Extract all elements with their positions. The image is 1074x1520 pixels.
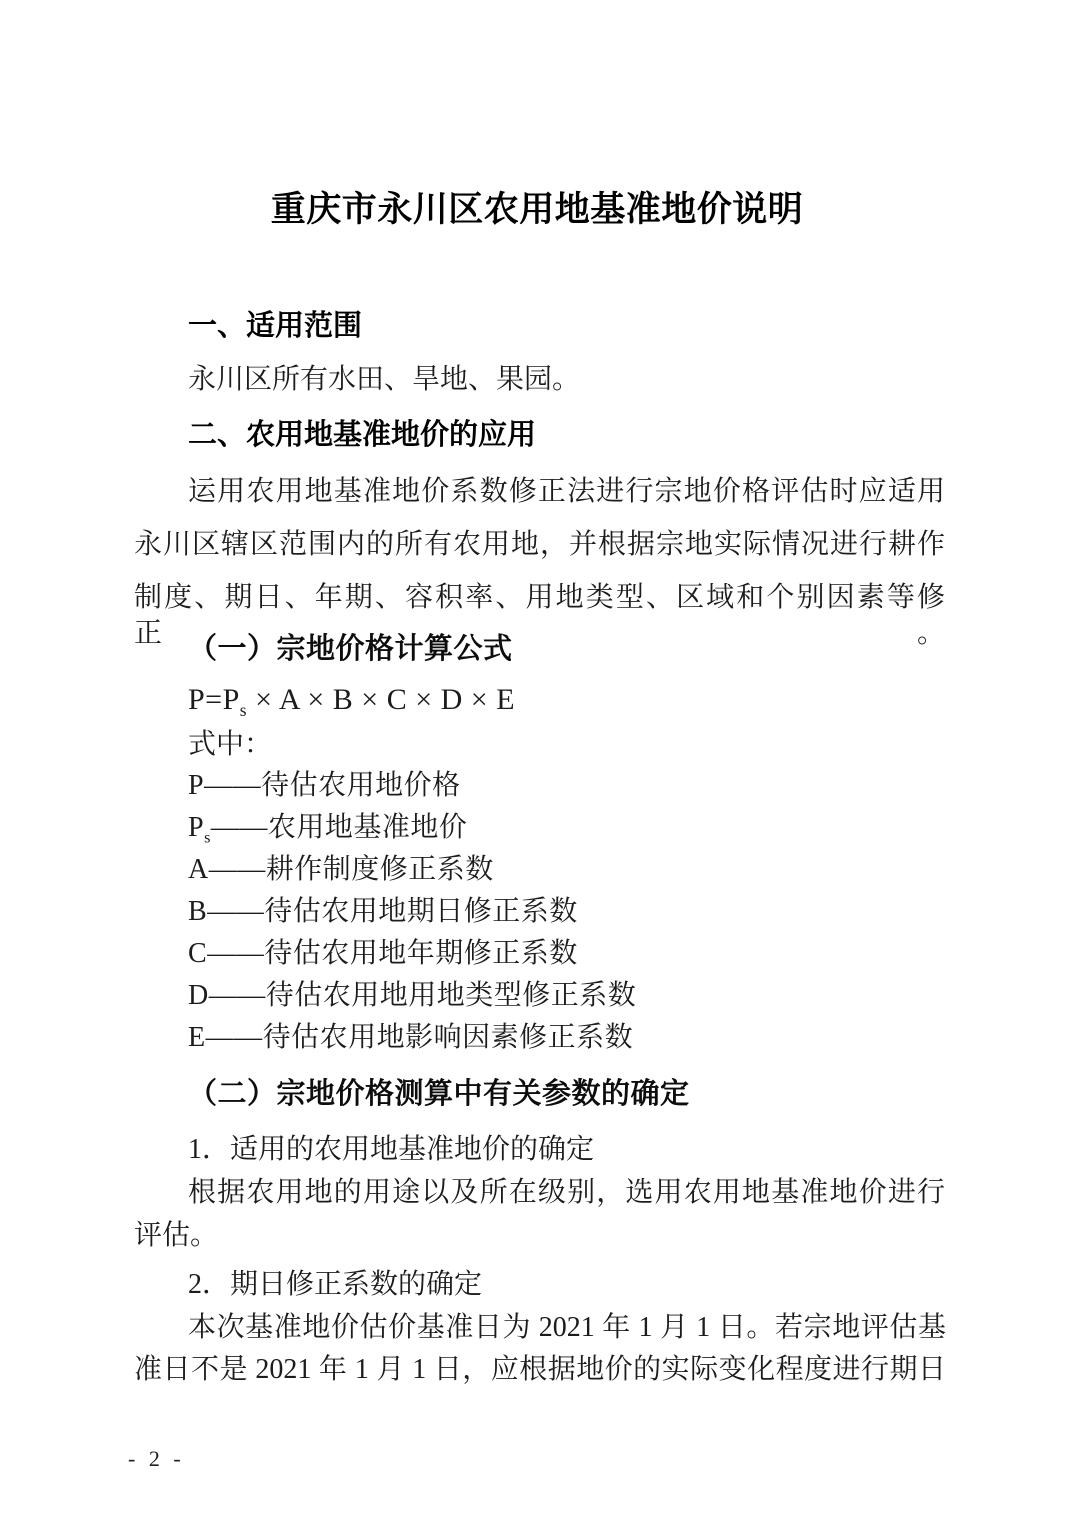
formula-where-label: 式中： bbox=[188, 727, 946, 763]
definition-symbol: C bbox=[188, 938, 207, 969]
definition-symbol: B bbox=[188, 896, 207, 927]
definition-description: 待估农用地期日修正系数 bbox=[264, 896, 578, 927]
subsection-2-heading: （二）宗地价格测算中有关参数的确定 bbox=[188, 1076, 946, 1112]
definition-description: 耕作制度修正系数 bbox=[266, 854, 494, 885]
formula-definition-C: C——待估农用地年期修正系数 bbox=[188, 936, 946, 972]
section-1-heading: 一、适用范围 bbox=[188, 308, 946, 344]
formula-definition-B: B——待估农用地期日修正系数 bbox=[188, 894, 946, 930]
definition-dash: —— bbox=[209, 854, 266, 885]
page-number: - 2 - bbox=[128, 1441, 185, 1477]
formula-rhs: × A × B × C × D × E bbox=[247, 683, 515, 716]
item-1-heading: 1．适用的农用地基准地价的确定 bbox=[188, 1132, 946, 1168]
definition-symbol: A bbox=[188, 854, 209, 885]
definition-description: 待估农用地影响因素修正系数 bbox=[263, 1022, 634, 1053]
formula-definition-Ps: Ps——农用地基准地价 bbox=[188, 810, 946, 846]
item-1-body-line-1: 根据农用地的用途以及所在级别，选用农用地基准地价进行 bbox=[188, 1175, 946, 1211]
definition-dash: —— bbox=[209, 980, 266, 1011]
formula-definition-E: E——待估农用地影响因素修正系数 bbox=[188, 1020, 946, 1056]
definition-symbol: P bbox=[188, 812, 204, 843]
definition-dash: —— bbox=[207, 938, 264, 969]
item-2-body-line-2: 准日不是 2021 年 1 月 1 日，应根据地价的实际变化程度进行期日 bbox=[134, 1352, 946, 1388]
definition-description: 待估农用地价格 bbox=[261, 770, 461, 801]
subsection-1-heading: （一）宗地价格计算公式 bbox=[188, 631, 946, 667]
definition-dash: —— bbox=[211, 812, 268, 843]
item-1-body-line-2: 评估。 bbox=[134, 1218, 946, 1254]
definition-dash: —— bbox=[207, 896, 264, 927]
definition-dash: —— bbox=[206, 1022, 263, 1053]
formula-definition-P: P——待估农用地价格 bbox=[188, 768, 946, 804]
formula-lhs: P=P bbox=[188, 683, 240, 716]
document-title: 重庆市永川区农用地基准地价说明 bbox=[0, 188, 1074, 232]
document-page: 重庆市永川区农用地基准地价说明 一、适用范围 永川区所有水田、旱地、果园。 二、… bbox=[0, 0, 1074, 1520]
item-2-body-line-1: 本次基准地价估价基准日为 2021 年 1 月 1 日。若宗地评估基 bbox=[188, 1310, 946, 1346]
formula-definition-A: A——耕作制度修正系数 bbox=[188, 852, 946, 888]
definition-symbol: D bbox=[188, 980, 209, 1011]
definition-symbol: P bbox=[188, 770, 204, 801]
price-formula: P=Ps × A × B × C × D × E bbox=[188, 682, 946, 718]
application-paragraph-line-2: 永川区辖区范围内的所有农用地，并根据宗地实际情况进行耕作 bbox=[134, 527, 946, 563]
section-1-body: 永川区所有水田、旱地、果园。 bbox=[188, 362, 946, 398]
application-paragraph-line-1: 运用农用地基准地价系数修正法进行宗地价格评估时应适用 bbox=[188, 474, 946, 510]
definition-description: 待估农用地用地类型修正系数 bbox=[266, 980, 637, 1011]
definition-symbol: E bbox=[188, 1022, 206, 1053]
definition-description: 农用地基准地价 bbox=[268, 812, 468, 843]
item-2-heading: 2．期日修正系数的确定 bbox=[188, 1267, 946, 1303]
definition-description: 待估农用地年期修正系数 bbox=[264, 938, 578, 969]
formula-definition-D: D——待估农用地用地类型修正系数 bbox=[188, 978, 946, 1014]
definition-dash: —— bbox=[204, 770, 261, 801]
section-2-heading: 二、农用地基准地价的应用 bbox=[188, 417, 946, 453]
definition-subscript: s bbox=[204, 829, 211, 847]
formula-subscript: s bbox=[240, 700, 247, 720]
